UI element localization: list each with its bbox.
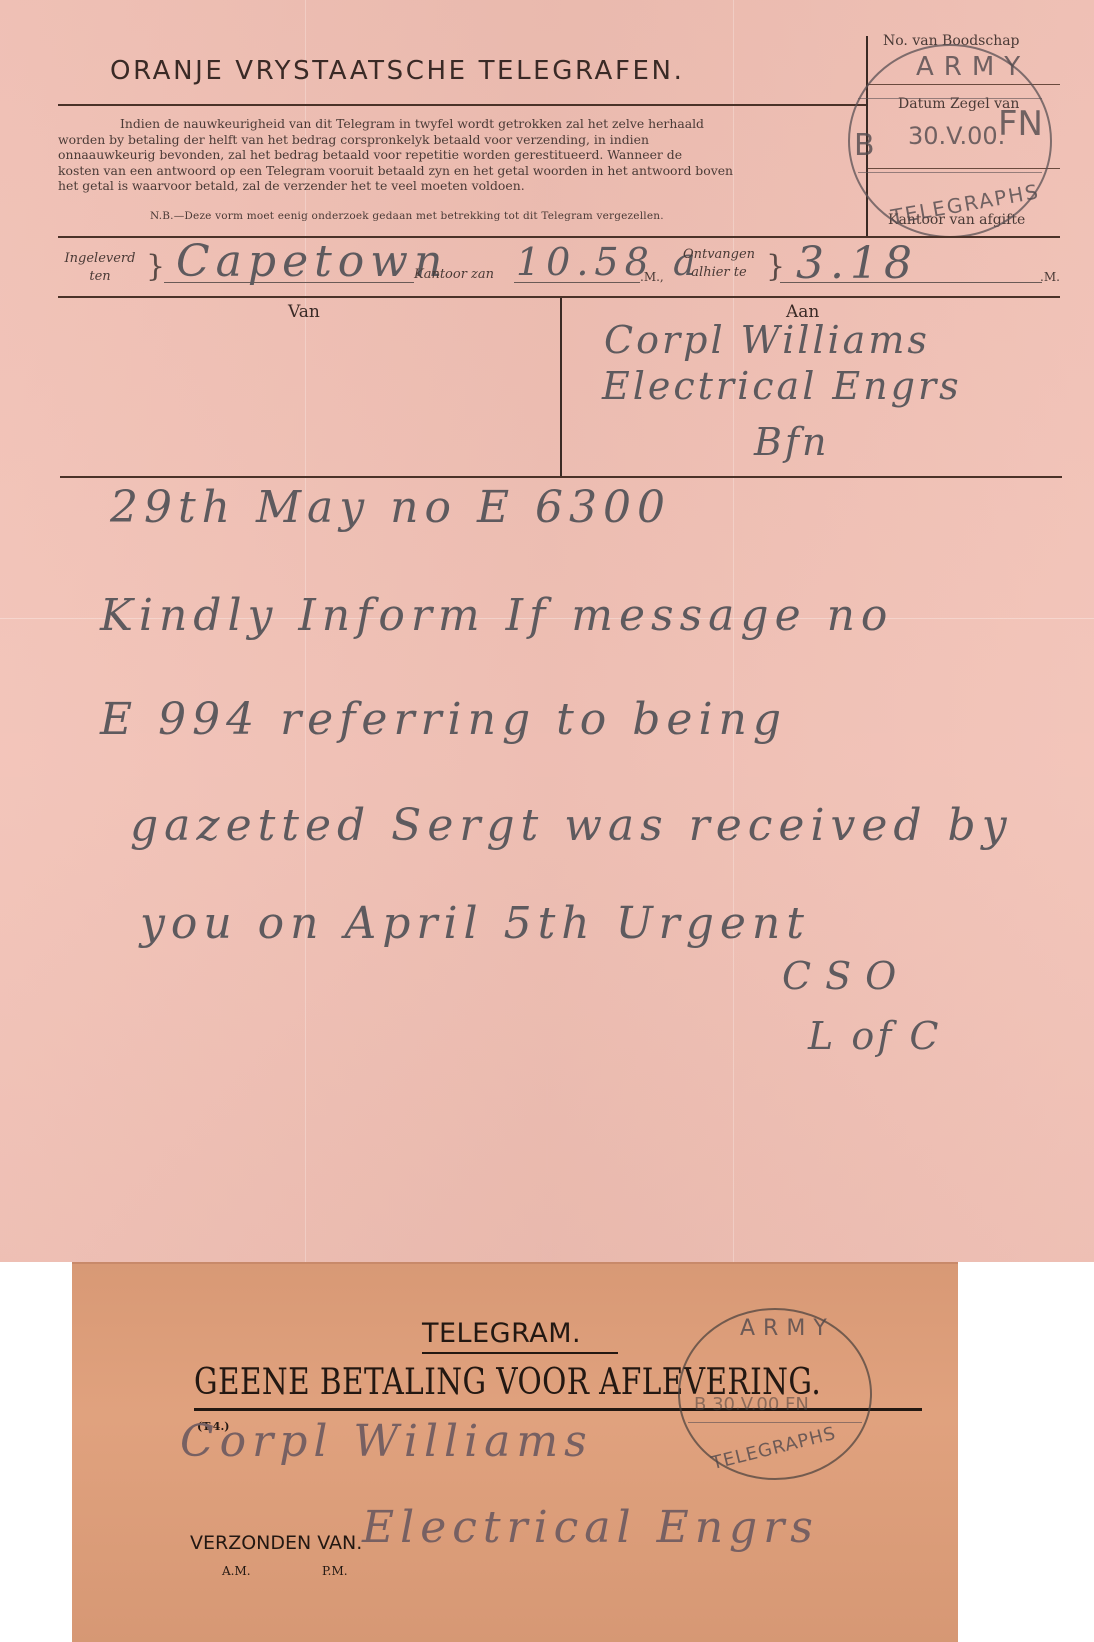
notice-line: onnaauwkeurig bevonden, zal het bedrag b… [58,147,862,163]
signature-cso: CSO [782,954,910,998]
message-line: gazetted Sergt was received by [130,800,1013,851]
column-divider [560,298,562,476]
notice-line: worden by betaling der helft van het bed… [58,132,862,148]
stamp-suffix: FN [998,104,1043,144]
message-line: 29th May no E 6300 [110,482,671,533]
brace: } [146,252,165,282]
to-line: Electrical Engrs [602,364,962,408]
army-telegraphs-stamp: ARMY B 30.V.00. FN TELEGRAPHS [848,44,1052,238]
title-rule [58,104,866,106]
stamp-date: 30.V.00. [908,122,1005,150]
office-label: Kantoor zan [414,266,494,284]
envelope-title-underline [422,1352,618,1354]
notice-text: Indien de nauwkeurigheid van dit Telegra… [58,116,862,194]
row-rule-bottom [58,296,1060,298]
m-label: .M. [1040,270,1060,284]
sent-from-label: VERZONDEN VAN. [190,1532,362,1554]
envelope-army-stamp: ARMY B 30.V.00 FN TELEGRAPHS [678,1308,872,1480]
message-line: E 994 referring to being [100,694,787,745]
form-title: ORANJE VRYSTAATSCHE TELEGRAFEN. [110,56,684,86]
notice-line: kosten van een antwoord op een Telegram … [58,163,862,179]
to-line: Bfn [754,420,829,464]
stamp-bottom-text: TELEGRAPHS [709,1423,838,1474]
to-line: Corpl Williams [604,318,930,362]
signature-loc: L of C [808,1014,941,1058]
brace: } [766,252,785,282]
message-line: Kindly Inform If message no [100,590,893,641]
notice-line: het getal is waarvoor betald, zal de ver… [58,178,862,194]
handed-in-value: Capetown [176,236,448,287]
handed-in-label: Ingeleverd ten [58,250,142,286]
message-line: you on April 5th Urgent [140,898,810,949]
received-value: 3.18 [796,238,918,289]
telegram-envelope: TELEGRAM. GEENE BETALING VOOR AFLEVERING… [72,1262,958,1642]
nb-note: N.B.—Deze vorm moet eenig onderzoek geda… [150,210,664,222]
envelope-title: TELEGRAM. [422,1318,581,1349]
telegram-form: ORANJE VRYSTAATSCHE TELEGRAFEN. Indien d… [0,0,1094,1262]
stamp-top-text: ARMY [916,52,1030,82]
stamp-date: B 30.V.00 FN [694,1394,809,1415]
pm-label: P.M. [322,1564,348,1578]
from-label: Van [288,302,320,322]
header-bottom-rule [60,476,1062,478]
envelope-addressee-line: Corpl Williams [180,1416,593,1467]
envelope-addressee-line: Electrical Engrs [362,1502,819,1553]
stamp-top-text: ARMY [740,1316,835,1341]
am-label: A.M. [222,1564,251,1578]
notice-line: Indien de nauwkeurigheid van dit Telegra… [58,116,862,132]
received-label: Ontvangen alhier te [674,246,764,282]
stamp-prefix: B [854,128,875,163]
am-label: .M., [640,270,664,284]
